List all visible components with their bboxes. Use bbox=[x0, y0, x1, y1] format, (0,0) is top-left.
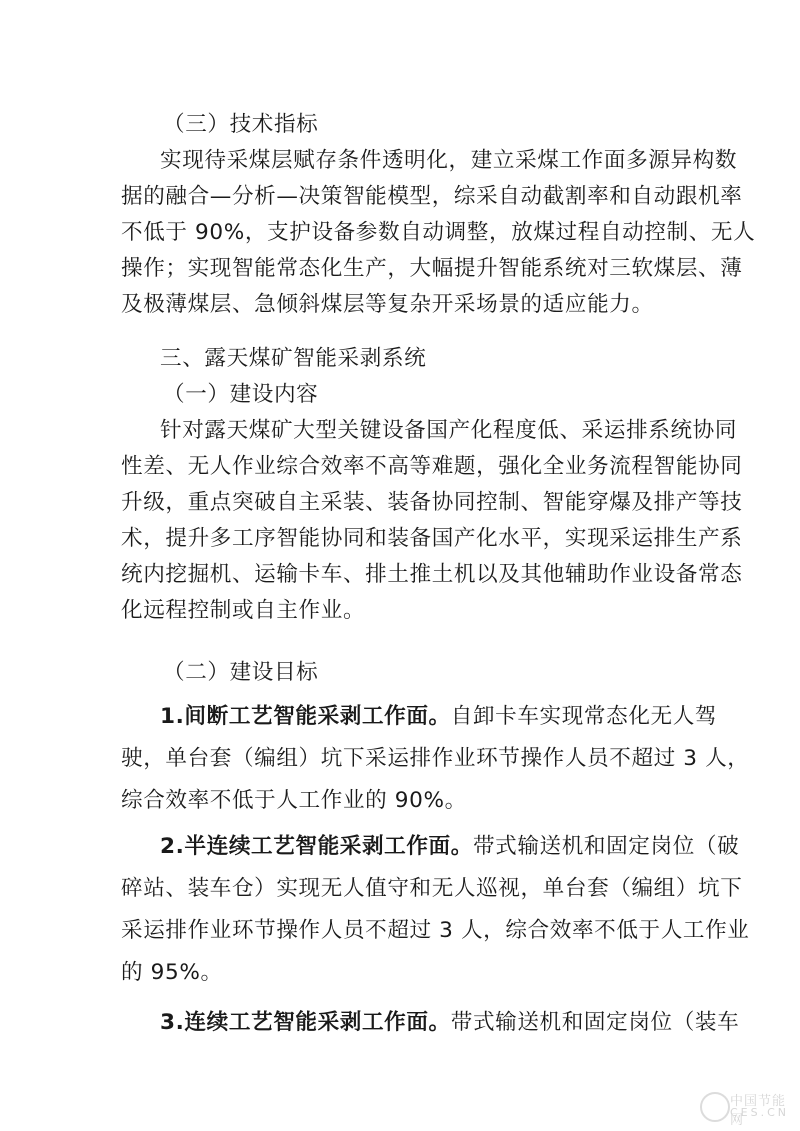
goal-item-1: 1.间断工艺智能采剥工作面。自卸卡车实现常态化无人驾 bbox=[160, 699, 720, 735]
goal-item-title: 1.间断工艺智能采剥工作面。 bbox=[160, 704, 451, 729]
paragraph-line: 不低于 90%，支护设备参数自动调整，放煤过程自动控制、无人 bbox=[121, 215, 721, 251]
document-page: （三）技术指标 实现待采煤层赋存条件透明化，建立采煤工作面多源异构数 据的融合—… bbox=[0, 0, 800, 1131]
goal-item-title: 3.连续工艺智能采剥工作面。 bbox=[160, 1010, 451, 1035]
paragraph-line: 综合效率不低于人工作业的 90%。 bbox=[121, 783, 721, 819]
goal-item-2: 2.半连续工艺智能采剥工作面。带式输送机和固定岗位（破 bbox=[160, 829, 720, 865]
heading-tech-indicators: （三）技术指标 bbox=[163, 107, 763, 143]
heading-construction-goals: （二）建设目标 bbox=[163, 655, 763, 691]
watermark: 中国节能网 CES.CN bbox=[700, 1088, 795, 1124]
paragraph-line: 针对露天煤矿大型关键设备国产化程度低、采运排系统协同 bbox=[160, 413, 720, 449]
paragraph-line: 碎站、装车仓）实现无人值守和无人巡视，单台套（编组）坑下 bbox=[121, 871, 721, 907]
paragraph-line: 化远程控制或自主作业。 bbox=[121, 593, 721, 629]
goal-item-text: 带式输送机和固定岗位（破 bbox=[473, 834, 739, 859]
watermark-en-text: CES.CN bbox=[730, 1106, 789, 1119]
heading-open-pit-system: 三、露天煤矿智能采剥系统 bbox=[160, 341, 720, 377]
goal-item-title: 2.半连续工艺智能采剥工作面。 bbox=[160, 834, 473, 859]
paragraph-line: 统内挖掘机、运输卡车、排土推土机以及其他辅助作业设备常态 bbox=[121, 557, 721, 593]
paragraph-line: 采运排作业环节操作人员不超过 3 人，综合效率不低于人工作业 bbox=[121, 913, 721, 949]
heading-construction-content: （一）建设内容 bbox=[163, 377, 763, 413]
paragraph-line: 及极薄煤层、急倾斜煤层等复杂开采场景的适应能力。 bbox=[121, 287, 721, 323]
paragraph-line: 操作；实现智能常态化生产，大幅提升智能系统对三软煤层、薄 bbox=[121, 251, 721, 287]
paragraph-line: 术，提升多工序智能协同和装备国产化水平，实现采运排生产系 bbox=[121, 521, 721, 557]
watermark-logo-icon bbox=[700, 1092, 730, 1122]
paragraph-line: 据的融合—分析—决策智能模型，综采自动截割率和自动跟机率 bbox=[121, 179, 721, 215]
paragraph-line: 性差、无人作业综合效率不高等难题，强化全业务流程智能协同 bbox=[121, 449, 721, 485]
paragraph-line: 升级，重点突破自主采装、装备协同控制、智能穿爆及排产等技 bbox=[121, 485, 721, 521]
goal-item-3: 3.连续工艺智能采剥工作面。带式输送机和固定岗位（装车 bbox=[160, 1005, 720, 1041]
goal-item-text: 带式输送机和固定岗位（装车 bbox=[451, 1010, 740, 1035]
paragraph-line: 驶，单台套（编组）坑下采运排作业环节操作人员不超过 3 人， bbox=[121, 741, 721, 777]
goal-item-text: 自卸卡车实现常态化无人驾 bbox=[451, 704, 717, 729]
paragraph-line: 实现待采煤层赋存条件透明化，建立采煤工作面多源异构数 bbox=[160, 143, 720, 179]
paragraph-line: 的 95%。 bbox=[121, 955, 721, 991]
